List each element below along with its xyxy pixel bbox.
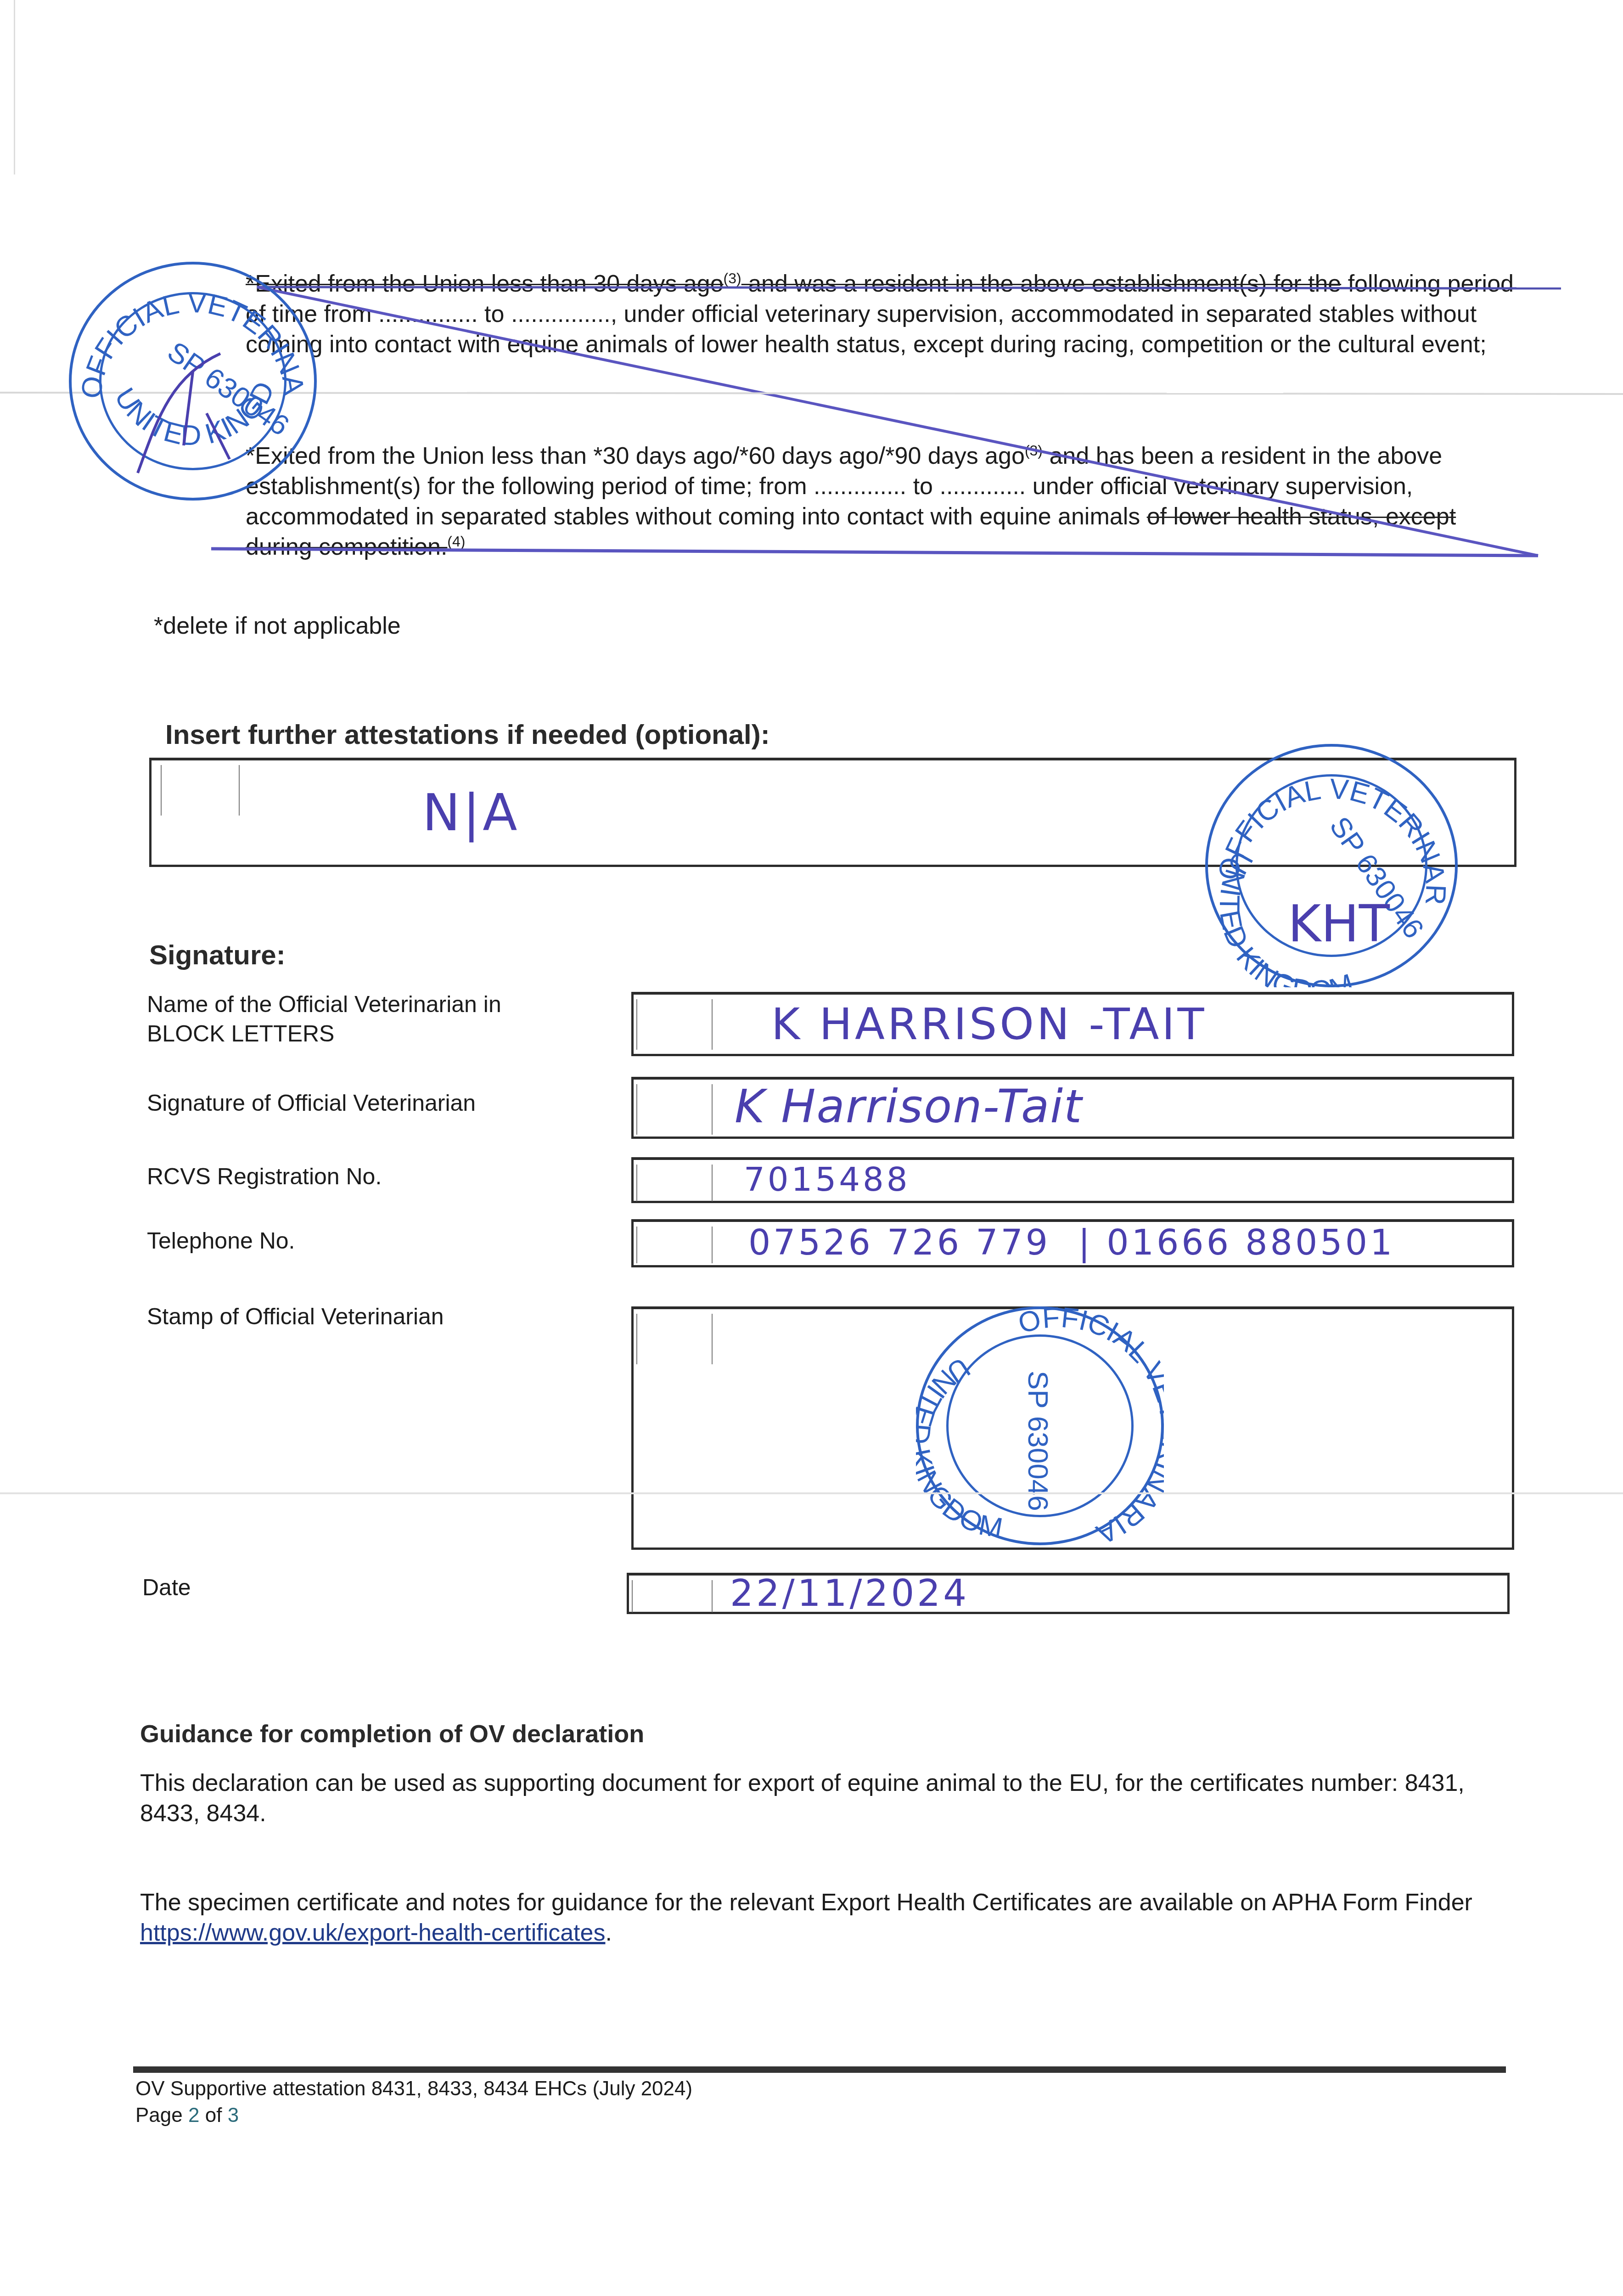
footer-doc-title: OV Supportive attestation 8431, 8433, 84…: [135, 2076, 692, 2102]
ov-signature-label: Signature of Official Veterinarian: [147, 1088, 476, 1118]
page-of: of: [199, 2104, 227, 2127]
ov-name-field[interactable]: K HARRISON -TAIT: [631, 992, 1514, 1056]
rcvs-value: 7015488: [744, 1160, 910, 1199]
ov-name-value: K HARRISON -TAIT: [771, 999, 1207, 1050]
further-attestations-heading: Insert further attestations if needed (o…: [165, 719, 770, 750]
guidance-heading: Guidance for completion of OV declaratio…: [140, 1720, 644, 1748]
date-field[interactable]: 22/11/2024: [627, 1573, 1510, 1614]
page-current: 2: [188, 2104, 199, 2127]
rcvs-label: RCVS Registration No.: [147, 1162, 382, 1191]
export-health-certificates-link[interactable]: https://www.gov.uk/export-health-certifi…: [140, 1919, 605, 1946]
stamp-initials: KHT: [1288, 895, 1390, 953]
official-veterinarian-stamp-2: OFFICIAL VETERINARIAN UNITED KINGDOM SP …: [1205, 744, 1458, 987]
stamp-label: Stamp of Official Veterinarian: [147, 1302, 444, 1331]
footer-divider: [133, 2066, 1506, 2073]
guidance-paragraph-2-text: The specimen certificate and notes for g…: [140, 1889, 1472, 1916]
guidance-paragraph-2: The specimen certificate and notes for g…: [140, 1887, 1513, 1948]
delete-note: *delete if not applicable: [154, 611, 401, 641]
stamp-bottom-text: UNITED KINGDOM: [916, 1351, 1005, 1544]
guidance-paragraph-1: This declaration can be used as supporti…: [140, 1768, 1513, 1829]
telephone-label: Telephone No.: [147, 1226, 295, 1255]
official-veterinarian-stamp-3: OFFICIAL VETERINARIAN UNITED KINGDOM SP …: [916, 1306, 1164, 1545]
svg-text:UNITED KINGDOM: UNITED KINGDOM: [916, 1351, 1005, 1544]
date-label: Date: [142, 1573, 191, 1602]
telephone-field[interactable]: 07526 726 779 | 01666 880501: [631, 1219, 1514, 1267]
ov-signature-value: K Harrison-Tait: [735, 1080, 1083, 1133]
official-veterinarian-stamp-1: OFFICIAL VETERINARIAN UNITED KINGDOM SP …: [69, 262, 317, 501]
stamp-number: SP 630046: [1022, 1371, 1054, 1511]
rcvs-field[interactable]: 7015488: [631, 1157, 1514, 1203]
scan-artifact-line: [0, 1492, 1623, 1494]
footer-page-number: Page 2 of 3: [135, 2102, 239, 2129]
guidance-paragraph-2-suffix: .: [605, 1919, 612, 1946]
telephone-value: 07526 726 779 | 01666 880501: [748, 1222, 1395, 1263]
ov-signature-field[interactable]: K Harrison-Tait: [631, 1077, 1514, 1139]
signature-heading: Signature:: [149, 939, 286, 971]
ov-name-label: Name of the Official Veterinarian in BLO…: [147, 990, 583, 1048]
page-prefix: Page: [135, 2104, 188, 2127]
further-attestations-value: N|A: [422, 783, 520, 842]
date-value: 22/11/2024: [730, 1572, 969, 1615]
page-total: 3: [228, 2104, 239, 2127]
